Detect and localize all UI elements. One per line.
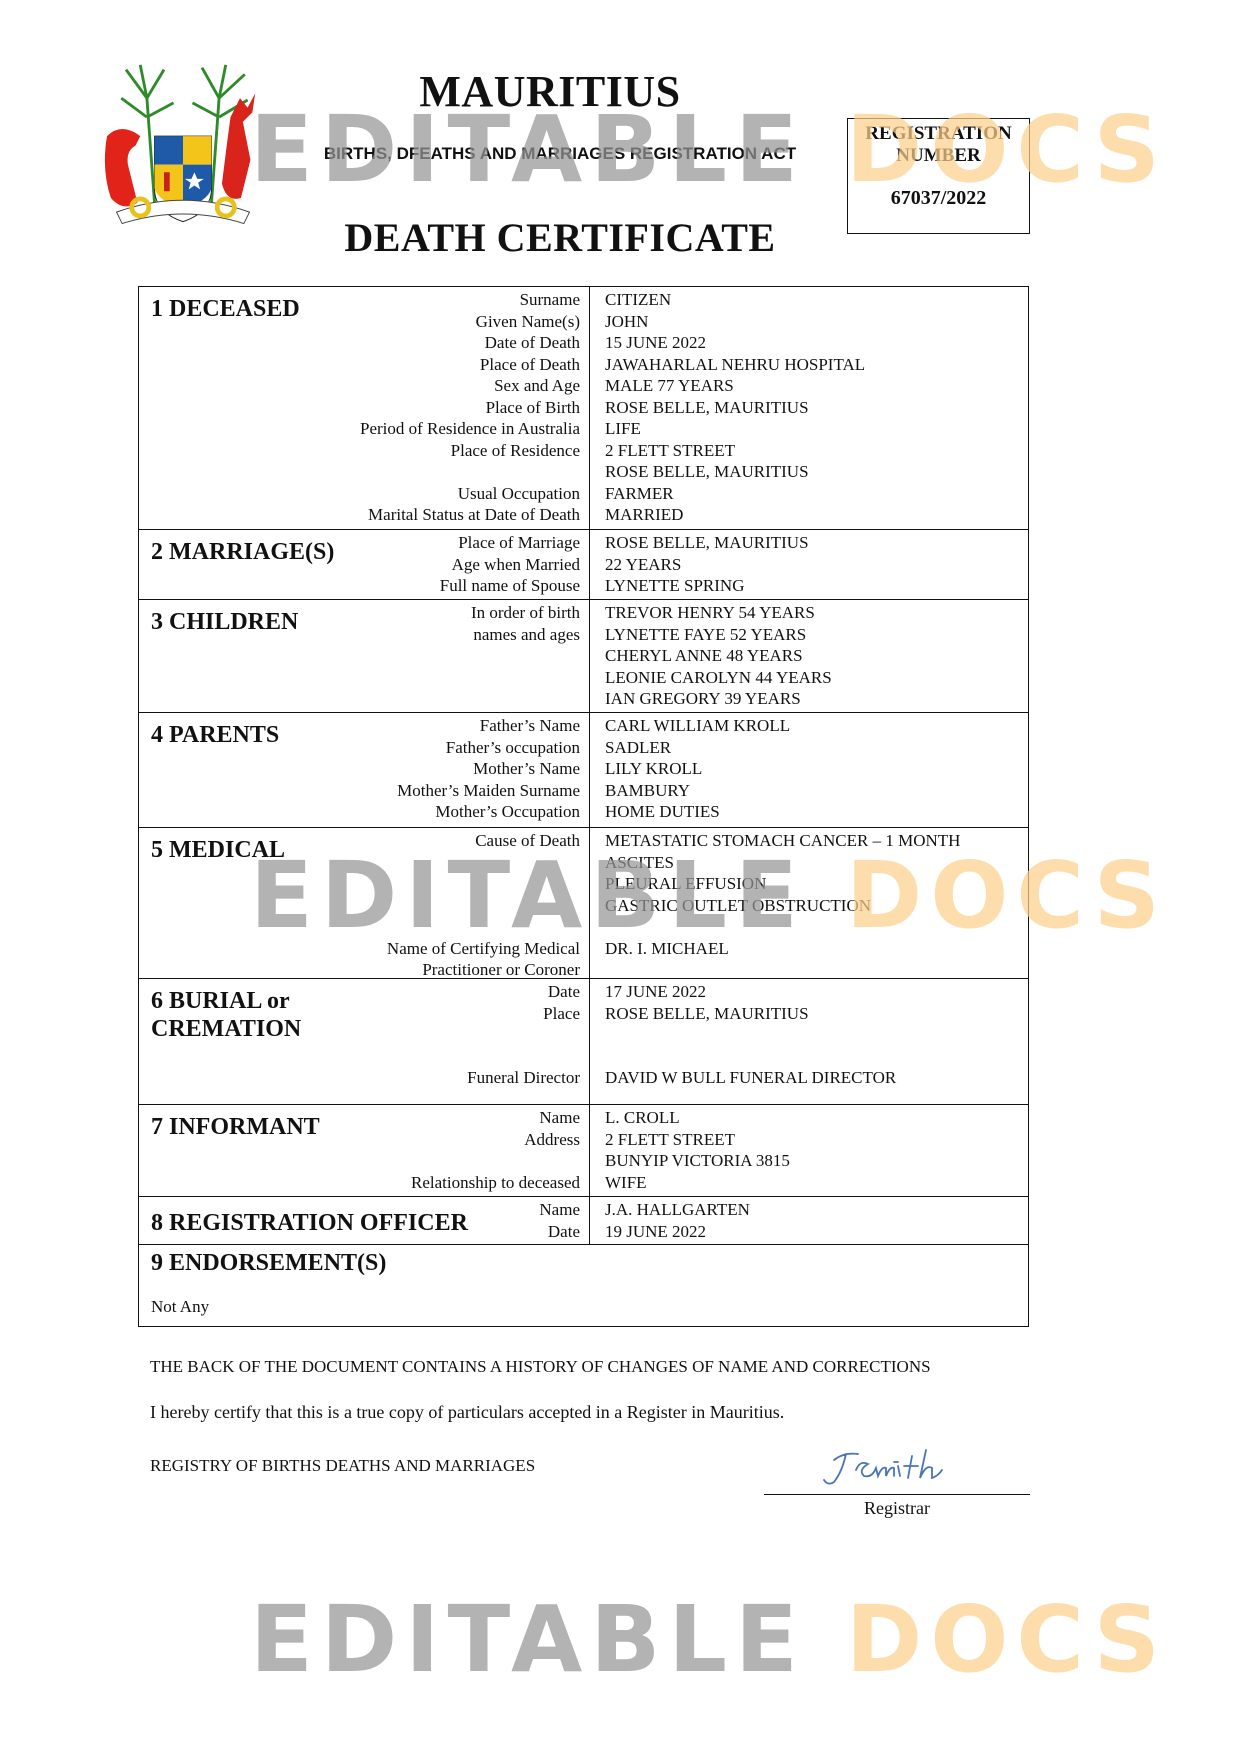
registration-number-label: REGISTRATION NUMBER	[848, 123, 1029, 167]
registration-number: 67037/2022	[848, 187, 1029, 210]
field-row: Relationship to deceasedWIFE	[139, 1172, 1028, 1194]
field-row: ROSE BELLE, MAURITIUS	[139, 461, 1028, 483]
field-row: Place of MarriageROSE BELLE, MAURITIUS	[139, 532, 1028, 554]
field-label: Name of Certifying Medical	[387, 938, 580, 960]
field-row: names and agesLYNETTE FAYE 52 YEARS	[139, 624, 1028, 646]
registrar-signature	[820, 1440, 980, 1490]
field-value: FARMER	[605, 483, 674, 505]
field-row: Name of Certifying MedicalDR. I. MICHAEL	[139, 938, 1028, 960]
field-value: 15 JUNE 2022	[605, 332, 706, 354]
field-row: CHERYL ANNE 48 YEARS	[139, 645, 1028, 667]
field-row: PLEURAL EFFUSION	[139, 873, 1028, 895]
certificate-table: 1 DECEASEDSurnameCITIZENGiven Name(s)JOH…	[138, 286, 1029, 1327]
field-value: DAVID W BULL FUNERAL DIRECTOR	[605, 1067, 896, 1089]
field-value: METASTATIC STOMACH CANCER – 1 MONTH	[605, 830, 960, 852]
field-row: Place of BirthROSE BELLE, MAURITIUS	[139, 397, 1028, 419]
field-row: Father’s occupationSADLER	[139, 737, 1028, 759]
coat-of-arms-icon	[88, 58, 278, 238]
field-row: PlaceROSE BELLE, MAURITIUS	[139, 1003, 1028, 1025]
certify-statement: I hereby certify that this is a true cop…	[150, 1402, 784, 1423]
field-label: Age when Married	[452, 554, 580, 576]
field-value: DR. I. MICHAEL	[605, 938, 729, 960]
field-value: IAN GREGORY 39 YEARS	[605, 688, 801, 710]
field-label: Mother’s Maiden Surname	[397, 780, 580, 802]
document-title: DEATH CERTIFICATE	[300, 214, 820, 261]
field-value: 22 YEARS	[605, 554, 681, 576]
field-label: Relationship to deceased	[411, 1172, 580, 1194]
registry-name: REGISTRY OF BIRTHS DEATHS AND MARRIAGES	[150, 1456, 535, 1476]
field-row: Sex and AgeMALE 77 YEARS	[139, 375, 1028, 397]
country-title: MAURITIUS	[400, 66, 700, 117]
field-row	[139, 916, 1028, 938]
field-label: Period of Residence in Australia	[360, 418, 580, 440]
field-row: LEONIE CAROLYN 44 YEARS	[139, 667, 1028, 689]
field-row	[139, 1024, 1028, 1067]
field-value: MALE 77 YEARS	[605, 375, 734, 397]
field-row: Given Name(s)JOHN	[139, 311, 1028, 333]
field-row: Marital Status at Date of DeathMARRIED	[139, 504, 1028, 526]
field-value: LILY KROLL	[605, 758, 702, 780]
field-value: JOHN	[605, 311, 648, 333]
field-value: PLEURAL EFFUSION	[605, 873, 766, 895]
field-row: ASCITES	[139, 852, 1028, 874]
registration-number-box: REGISTRATION NUMBER 67037/2022	[847, 118, 1030, 234]
field-label: Date	[548, 1221, 580, 1243]
back-note: THE BACK OF THE DOCUMENT CONTAINS A HIST…	[150, 1357, 931, 1377]
section-4: 4 PARENTSFather’s NameCARL WILLIAM KROLL…	[139, 712, 1028, 827]
section-2: 2 MARRIAGE(S)Place of MarriageROSE BELLE…	[139, 529, 1028, 599]
field-label: Given Name(s)	[476, 311, 580, 333]
field-value: HOME DUTIES	[605, 801, 720, 823]
field-value: TREVOR HENRY 54 YEARS	[605, 602, 815, 624]
field-value: WIFE	[605, 1172, 647, 1194]
field-row: IAN GREGORY 39 YEARS	[139, 688, 1028, 710]
field-row: Date19 JUNE 2022	[139, 1221, 1028, 1243]
section-8: 8 REGISTRATION OFFICERNameJ.A. HALLGARTE…	[139, 1196, 1028, 1244]
field-value: ASCITES	[605, 852, 674, 874]
field-value: CARL WILLIAM KROLL	[605, 715, 790, 737]
field-row: Place of Residence2 FLETT STREET	[139, 440, 1028, 462]
field-label: Place of Marriage	[458, 532, 580, 554]
field-value: CITIZEN	[605, 289, 671, 311]
field-label: Full name of Spouse	[440, 575, 580, 597]
field-row: BUNYIP VICTORIA 3815	[139, 1150, 1028, 1172]
field-value: 19 JUNE 2022	[605, 1221, 706, 1243]
field-label: Sex and Age	[494, 375, 580, 397]
field-value: SADLER	[605, 737, 671, 759]
field-row: Father’s NameCARL WILLIAM KROLL	[139, 715, 1028, 737]
section-5: 5 MEDICALCause of DeathMETASTATIC STOMAC…	[139, 827, 1028, 978]
field-value: GASTRIC OUTLET OBSTRUCTION	[605, 895, 871, 917]
field-label: In order of birth	[471, 602, 580, 624]
field-value: LYNETTE FAYE 52 YEARS	[605, 624, 806, 646]
field-row: In order of birthTREVOR HENRY 54 YEARS	[139, 602, 1028, 624]
field-value: J.A. HALLGARTEN	[605, 1199, 750, 1221]
field-row: Date of Death15 JUNE 2022	[139, 332, 1028, 354]
field-label: Usual Occupation	[458, 483, 580, 505]
field-value: 17 JUNE 2022	[605, 981, 706, 1003]
field-label: names and ages	[473, 624, 580, 646]
field-value: ROSE BELLE, MAURITIUS	[605, 397, 809, 419]
field-row: Age when Married22 YEARS	[139, 554, 1028, 576]
field-value: CHERYL ANNE 48 YEARS	[605, 645, 803, 667]
field-row: Place of DeathJAWAHARLAL NEHRU HOSPITAL	[139, 354, 1028, 376]
field-value: 2 FLETT STREET	[605, 440, 735, 462]
field-label: Funeral Director	[467, 1067, 580, 1089]
field-label: Father’s occupation	[446, 737, 580, 759]
section-6: 6 BURIAL or CREMATIONDate17 JUNE 2022Pla…	[139, 978, 1028, 1104]
field-label: Place of Residence	[451, 440, 580, 462]
section-endorsement: 9 ENDORSEMENT(S)Not Any	[139, 1244, 1028, 1326]
signature-line	[764, 1494, 1030, 1495]
field-value: JAWAHARLAL NEHRU HOSPITAL	[605, 354, 865, 376]
field-label: Name	[539, 1199, 580, 1221]
field-value: LYNETTE SPRING	[605, 575, 745, 597]
field-value: BAMBURY	[605, 780, 690, 802]
watermark-bottom: EDITABLEDOCS	[250, 1586, 1168, 1693]
field-value: LIFE	[605, 418, 641, 440]
field-value: MARRIED	[605, 504, 683, 526]
field-label: Place	[543, 1003, 580, 1025]
field-label: Place of Death	[480, 354, 580, 376]
section-1: 1 DECEASEDSurnameCITIZENGiven Name(s)JOH…	[139, 287, 1028, 529]
act-title: BIRTHS, DFEATHS AND MARRIAGES REGISTRATI…	[290, 144, 830, 164]
field-label: Surname	[520, 289, 580, 311]
section-3: 3 CHILDRENIn order of birthTREVOR HENRY …	[139, 599, 1028, 712]
field-row: Address2 FLETT STREET	[139, 1129, 1028, 1151]
field-label: Mother’s Occupation	[435, 801, 580, 823]
field-label: Father’s Name	[480, 715, 580, 737]
field-label: Mother’s Name	[473, 758, 580, 780]
field-label: Date	[548, 981, 580, 1003]
field-row: Mother’s NameLILY KROLL	[139, 758, 1028, 780]
endorsement-note: Not Any	[151, 1297, 209, 1317]
field-row: Mother’s OccupationHOME DUTIES	[139, 801, 1028, 823]
field-row: Period of Residence in AustraliaLIFE	[139, 418, 1028, 440]
section-7: 7 INFORMANTNameL. CROLLAddress2 FLETT ST…	[139, 1104, 1028, 1196]
field-value: ROSE BELLE, MAURITIUS	[605, 532, 809, 554]
field-value: LEONIE CAROLYN 44 YEARS	[605, 667, 832, 689]
field-label: Date of Death	[485, 332, 580, 354]
field-value: 2 FLETT STREET	[605, 1129, 735, 1151]
field-row: SurnameCITIZEN	[139, 289, 1028, 311]
field-row: NameJ.A. HALLGARTEN	[139, 1199, 1028, 1221]
field-label: Address	[524, 1129, 580, 1151]
field-value: ROSE BELLE, MAURITIUS	[605, 461, 809, 483]
field-label: Place of Birth	[486, 397, 580, 419]
field-value: BUNYIP VICTORIA 3815	[605, 1150, 790, 1172]
field-row: NameL. CROLL	[139, 1107, 1028, 1129]
field-label: Name	[539, 1107, 580, 1129]
section-title: 9 ENDORSEMENT(S)	[151, 1249, 386, 1277]
field-row: GASTRIC OUTLET OBSTRUCTION	[139, 895, 1028, 917]
field-label: Marital Status at Date of Death	[368, 504, 580, 526]
field-value: L. CROLL	[605, 1107, 680, 1129]
field-label: Cause of Death	[475, 830, 580, 852]
field-row: Cause of DeathMETASTATIC STOMACH CANCER …	[139, 830, 1028, 852]
field-row: Date17 JUNE 2022	[139, 981, 1028, 1003]
field-row: Funeral DirectorDAVID W BULL FUNERAL DIR…	[139, 1067, 1028, 1089]
field-row: Mother’s Maiden SurnameBAMBURY	[139, 780, 1028, 802]
field-row: Usual OccupationFARMER	[139, 483, 1028, 505]
registrar-label: Registrar	[764, 1498, 1030, 1519]
field-value: ROSE BELLE, MAURITIUS	[605, 1003, 809, 1025]
field-row: Full name of SpouseLYNETTE SPRING	[139, 575, 1028, 597]
